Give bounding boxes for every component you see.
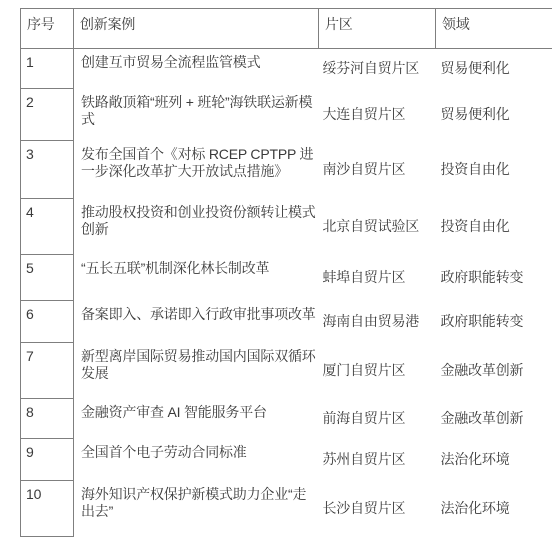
cell-no: 9: [21, 439, 74, 481]
table-row: 1 创建互市贸易全流程监管模式 绥芬河自贸片区 贸易便利化: [21, 49, 552, 89]
cell-no: 3: [21, 141, 74, 199]
column-header-zone: 片区: [319, 9, 436, 49]
cell-no: 7: [21, 343, 74, 399]
cell-field: 法治化环境: [436, 439, 552, 481]
table-row: 9 全国首个电子劳动合同标准 苏州自贸片区 法治化环境: [21, 439, 552, 481]
cell-case: 海外知识产权保护新模式助力企业“走出去”: [74, 481, 319, 537]
table-row: 6 备案即入、承诺即入行政审批事项改革 海南自由贸易港 政府职能转变: [21, 301, 552, 343]
cell-zone: 绥芬河自贸片区: [319, 49, 436, 89]
table-row: 10 海外知识产权保护新模式助力企业“走出去” 长沙自贸片区 法治化环境: [21, 481, 552, 537]
cell-zone: 长沙自贸片区: [319, 481, 436, 537]
cell-field: 贸易便利化: [436, 89, 552, 141]
cell-zone: 北京自贸试验区: [319, 199, 436, 255]
cell-case: “五长五联”机制深化林长制改革: [74, 255, 319, 301]
column-header-no: 序号: [21, 9, 74, 49]
cell-field: 金融改革创新: [436, 399, 552, 439]
cell-no: 6: [21, 301, 74, 343]
cell-zone: 厦门自贸片区: [319, 343, 436, 399]
cell-case: 新型离岸国际贸易推动国内国际双循环发展: [74, 343, 319, 399]
column-header-field: 领域: [436, 9, 552, 49]
table-row: 2 铁路敞顶箱“班列 + 班轮”海铁联运新模式 大连自贸片区 贸易便利化: [21, 89, 552, 141]
cell-zone: 海南自由贸易港: [319, 301, 436, 343]
cell-zone: 前海自贸片区: [319, 399, 436, 439]
cell-case: 发布全国首个《对标 RCEP CPTPP 进一步深化改革扩大开放试点措施》: [74, 141, 319, 199]
table-row: 3 发布全国首个《对标 RCEP CPTPP 进一步深化改革扩大开放试点措施》 …: [21, 141, 552, 199]
cell-field: 法治化环境: [436, 481, 552, 537]
cell-case: 推动股权投资和创业投资份额转让模式创新: [74, 199, 319, 255]
cell-case: 金融资产审查 AI 智能服务平台: [74, 399, 319, 439]
cell-case: 备案即入、承诺即入行政审批事项改革: [74, 301, 319, 343]
cell-no: 4: [21, 199, 74, 255]
cell-field: 贸易便利化: [436, 49, 552, 89]
cell-case: 创建互市贸易全流程监管模式: [74, 49, 319, 89]
cell-field: 投资自由化: [436, 199, 552, 255]
cell-case: 全国首个电子劳动合同标准: [74, 439, 319, 481]
table-row: 7 新型离岸国际贸易推动国内国际双循环发展 厦门自贸片区 金融改革创新: [21, 343, 552, 399]
table-row: 4 推动股权投资和创业投资份额转让模式创新 北京自贸试验区 投资自由化: [21, 199, 552, 255]
cell-field: 投资自由化: [436, 141, 552, 199]
cell-no: 8: [21, 399, 74, 439]
cell-zone: 大连自贸片区: [319, 89, 436, 141]
table-row: 8 金融资产审查 AI 智能服务平台 前海自贸片区 金融改革创新: [21, 399, 552, 439]
table-header-row: 序号 创新案例 片区 领域: [21, 9, 552, 49]
table-row: 5 “五长五联”机制深化林长制改革 蚌埠自贸片区 政府职能转变: [21, 255, 552, 301]
cell-zone: 苏州自贸片区: [319, 439, 436, 481]
cell-no: 5: [21, 255, 74, 301]
innovation-cases-table: 序号 创新案例 片区 领域 1 创建互市贸易全流程监管模式 绥芬河自贸片区 贸易…: [20, 8, 552, 537]
cell-field: 金融改革创新: [436, 343, 552, 399]
cell-no: 10: [21, 481, 74, 537]
cell-field: 政府职能转变: [436, 255, 552, 301]
column-header-case: 创新案例: [74, 9, 319, 49]
cell-case: 铁路敞顶箱“班列 + 班轮”海铁联运新模式: [74, 89, 319, 141]
cell-zone: 南沙自贸片区: [319, 141, 436, 199]
cell-zone: 蚌埠自贸片区: [319, 255, 436, 301]
cell-no: 1: [21, 49, 74, 89]
cell-no: 2: [21, 89, 74, 141]
cell-field: 政府职能转变: [436, 301, 552, 343]
